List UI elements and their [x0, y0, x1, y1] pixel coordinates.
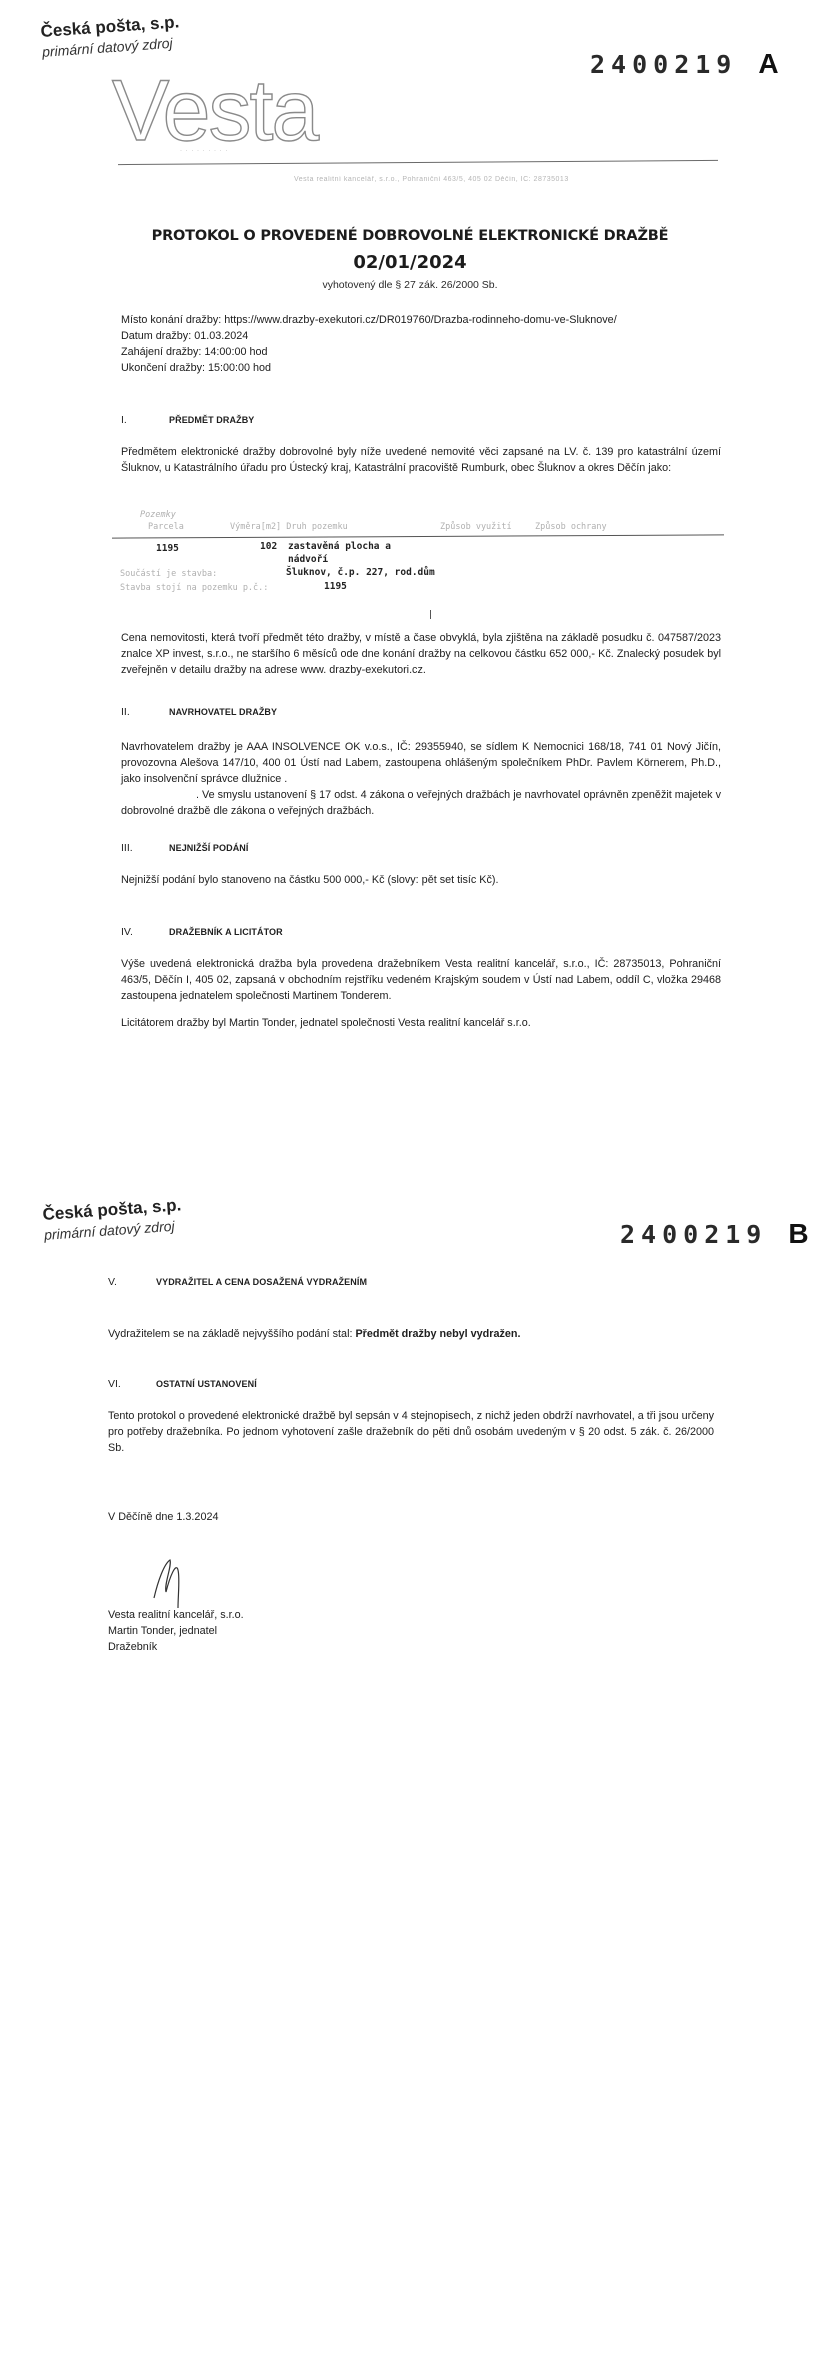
- section-1-text: Předmětem elektronické dražby dobrovolné…: [121, 445, 721, 477]
- section-5-text: Vydražitelem se na základě nejvyššího po…: [108, 1327, 708, 1343]
- protocol-number: 02/01/2024: [0, 252, 820, 273]
- document-number-suffix-2: B: [788, 1218, 808, 1249]
- document-title: PROTOKOL O PROVEDENÉ DOBROVOLNÉ ELEKTRON…: [0, 228, 820, 244]
- section-6-text: Tento protokol o provedené elektronické …: [108, 1409, 714, 1456]
- document-number: 2400219 A: [590, 48, 779, 80]
- building-label: Součástí je stavba:: [120, 569, 217, 579]
- postal-stamp-2: Česká pošta, s.p. primární datový zdroj: [42, 1195, 183, 1243]
- section-1-heading: I.PŘEDMĚT DRAŽBY: [121, 414, 254, 426]
- row-parcel: 1195: [156, 543, 179, 554]
- stands-on-label: Stavba stojí na pozemku p.č.:: [120, 583, 268, 593]
- price-text: Cena nemovitosti, která tvoří předmět té…: [121, 631, 721, 678]
- section-4-heading: IV.DRAŽEBNÍK A LICITÁTOR: [121, 926, 283, 938]
- postal-stamp: Česká pošta, s.p. primární datový zdroj: [40, 12, 181, 60]
- col-area-type: Výměra[m2] Druh pozemku: [230, 522, 348, 532]
- document-number-2: 2400219 B: [620, 1218, 809, 1250]
- document-number-digits: 2400219: [590, 50, 737, 79]
- auction-date: Datum dražby: 01.03.2024: [121, 329, 248, 345]
- section-4-text-2: Licitátorem dražby byl Martin Tonder, je…: [121, 1016, 721, 1032]
- document-subtitle: vyhotovený dle § 27 zák. 26/2000 Sb.: [0, 279, 820, 291]
- logo-tagline: · · · · · · · · ·: [180, 148, 228, 154]
- section-5-heading: V.VYDRAŽITEL A CENA DOSAŽENÁ VYDRAŽENÍM: [108, 1276, 367, 1288]
- section-3-heading: III.NEJNIŽŠÍ PODÁNÍ: [121, 842, 249, 854]
- auction-end: Ukončení dražby: 15:00:00 hod: [121, 361, 271, 377]
- table-header-group: Pozemky: [140, 510, 176, 520]
- row-area: 102: [260, 541, 277, 552]
- scan-mark: [430, 610, 431, 619]
- col-protection: Způsob ochrany: [535, 522, 607, 532]
- header-address: Vesta realitní kancelář, s.r.o., Pohrani…: [294, 176, 718, 183]
- section-3-text: Nejnižší podání bylo stanoveno na částku…: [121, 873, 721, 889]
- signatory-role: Dražebník: [108, 1640, 157, 1656]
- auction-result: Předmět dražby nebyl vydražen.: [355, 1328, 520, 1340]
- table-rule: [112, 534, 724, 538]
- auction-start: Zahájení dražby: 14:00:00 hod: [121, 345, 267, 361]
- document-number-digits-2: 2400219: [620, 1220, 767, 1249]
- row-type-1: zastavěná plocha a: [288, 541, 391, 552]
- vesta-logo: Vesta: [112, 68, 317, 154]
- col-usage: Způsob využití: [440, 522, 512, 532]
- building-value: Šluknov, č.p. 227, rod.dům: [286, 567, 435, 578]
- section-2-text-2: . Ve smyslu ustanovení § 17 odst. 4 záko…: [121, 788, 721, 820]
- section-2-heading: II.NAVRHOVATEL DRAŽBY: [121, 706, 277, 718]
- section-6-heading: VI.OSTATNÍ USTANOVENÍ: [108, 1378, 257, 1390]
- section-2-text: Navrhovatelem dražby je AAA INSOLVENCE O…: [121, 740, 721, 787]
- stands-on-value: 1195: [324, 581, 347, 592]
- place-date: V Děčíně dne 1.3.2024: [108, 1510, 218, 1526]
- col-parcel: Parcela: [148, 522, 184, 532]
- header-divider: [118, 160, 718, 165]
- row-type-2: nádvoří: [288, 554, 328, 565]
- signatory-name: Martin Tonder, jednatel: [108, 1624, 217, 1640]
- section-4-text: Výše uvedená elektronická dražba byla pr…: [121, 957, 721, 1004]
- signatory-company: Vesta realitní kancelář, s.r.o.: [108, 1608, 244, 1624]
- document-number-suffix: A: [758, 48, 778, 79]
- auction-place: Místo konání dražby: https://www.drazby-…: [121, 313, 617, 329]
